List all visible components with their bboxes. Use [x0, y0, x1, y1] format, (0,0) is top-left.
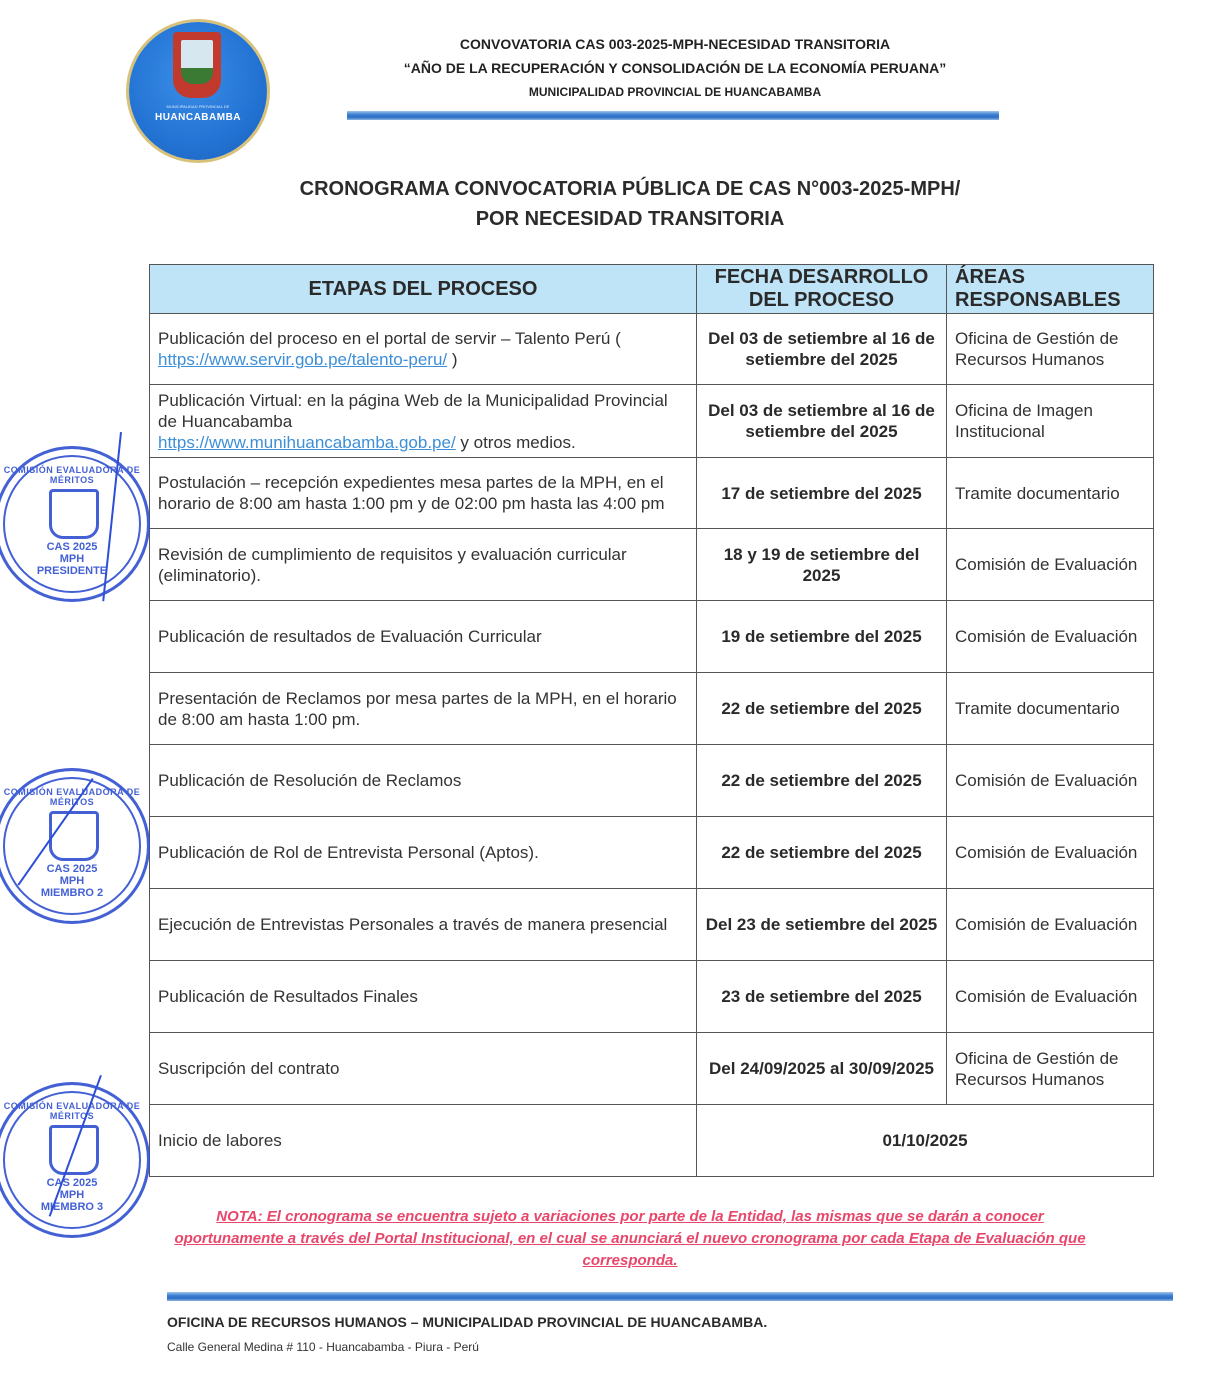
date-cell: Del 03 de setiembre al 16 de setiembre d…	[697, 385, 947, 458]
table-row: Inicio de labores 01/10/2025	[150, 1105, 1154, 1177]
stamp-line1: CAS 2025	[0, 863, 147, 875]
date-cell: Del 03 de setiembre al 16 de setiembre d…	[697, 314, 947, 385]
page-subtitle: POR NECESIDAD TRANSITORIA	[240, 208, 1020, 231]
column-header-date-line1: FECHA DESARROLLO	[715, 266, 929, 288]
date-cell: 22 de setiembre del 2025	[697, 673, 947, 745]
stamp-ring-text: COMISIÓN EVALUADORA DE MÉRITOS	[0, 465, 147, 485]
stamp-presidente: COMISIÓN EVALUADORA DE MÉRITOS CAS 2025 …	[0, 446, 150, 602]
schedule-table: ETAPAS DEL PROCESO FECHA DESARROLLO DEL …	[149, 264, 1154, 1177]
stage-cell: Inicio de labores	[150, 1105, 697, 1177]
stamp-emblem-icon	[49, 489, 99, 539]
column-header-areas-line1: ÁREAS	[955, 266, 1025, 288]
footer-address: Calle General Medina # 110 - Huancabamba…	[167, 1340, 479, 1354]
date-cell: 01/10/2025	[697, 1105, 1154, 1177]
servir-link[interactable]: https://www.servir.gob.pe/talento-peru/	[158, 350, 447, 369]
date-cell: Del 24/09/2025 al 30/09/2025	[697, 1033, 947, 1105]
area-cell: Comisión de Evaluación	[947, 889, 1154, 961]
footer-office: OFICINA DE RECURSOS HUMANOS – MUNICIPALI…	[167, 1314, 767, 1330]
table-row: Publicación del proceso en el portal de …	[150, 314, 1154, 385]
table-header-row: ETAPAS DEL PROCESO FECHA DESARROLLO DEL …	[150, 265, 1154, 314]
table-row: Publicación de Resolución de Reclamos 22…	[150, 745, 1154, 817]
column-header-stages: ETAPAS DEL PROCESO	[150, 265, 697, 314]
stage-cell: Postulación – recepción expedientes mesa…	[150, 458, 697, 529]
table-row: Publicación de resultados de Evaluación …	[150, 601, 1154, 673]
date-cell: 23 de setiembre del 2025	[697, 961, 947, 1033]
footer-divider	[167, 1292, 1173, 1301]
area-cell: Oficina de Gestión de Recursos Humanos	[947, 1033, 1154, 1105]
column-header-date-line2: DEL PROCESO	[749, 289, 894, 311]
table-row: Ejecución de Entrevistas Personales a tr…	[150, 889, 1154, 961]
area-cell: Oficina de Gestión de Recursos Humanos	[947, 314, 1154, 385]
table-row: Postulación – recepción expedientes mesa…	[150, 458, 1154, 529]
municipality-website-link[interactable]: https://www.munihuancabamba.gob.pe/	[158, 433, 456, 452]
stage-cell: Publicación de resultados de Evaluación …	[150, 601, 697, 673]
table-row: Suscripción del contrato Del 24/09/2025 …	[150, 1033, 1154, 1105]
municipality-name: MUNICIPALIDAD PROVINCIAL DE HUANCABAMBA	[345, 85, 1005, 99]
stamp-line3: PRESIDENTE	[0, 565, 147, 577]
stage-cell: Revisión de cumplimiento de requisitos y…	[150, 529, 697, 601]
stamp-line3: MIEMBRO 2	[0, 887, 147, 899]
stamp-line1: CAS 2025	[0, 1177, 147, 1189]
area-cell: Comisión de Evaluación	[947, 529, 1154, 601]
stage-text-after: y otros medios.	[456, 433, 576, 452]
schedule-note: NOTA: El cronograma se encuentra sujeto …	[170, 1206, 1090, 1272]
stamp-emblem-icon	[49, 811, 99, 861]
date-cell: 18 y 19 de setiembre del 2025	[697, 529, 947, 601]
stage-cell: Suscripción del contrato	[150, 1033, 697, 1105]
municipality-logo: MUNICIPALIDAD PROVINCIAL DE HUANCABAMBA	[129, 22, 267, 160]
area-cell: Comisión de Evaluación	[947, 817, 1154, 889]
stamp-line3: MIEMBRO 3	[0, 1201, 147, 1213]
stage-cell: Publicación del proceso en el portal de …	[150, 314, 697, 385]
date-cell: 22 de setiembre del 2025	[697, 745, 947, 817]
stamp-miembro-3: COMISIÓN EVALUADORA DE MÉRITOS CAS 2025 …	[0, 1082, 150, 1238]
stage-cell: Ejecución de Entrevistas Personales a tr…	[150, 889, 697, 961]
table-row: Revisión de cumplimiento de requisitos y…	[150, 529, 1154, 601]
area-cell: Oficina de Imagen Institucional	[947, 385, 1154, 458]
stamp-ring-text: COMISIÓN EVALUADORA DE MÉRITOS	[0, 1101, 147, 1121]
stamp-line2: MPH	[0, 553, 147, 565]
column-header-date: FECHA DESARROLLO DEL PROCESO	[697, 265, 947, 314]
date-cell: 19 de setiembre del 2025	[697, 601, 947, 673]
area-cell: Tramite documentario	[947, 673, 1154, 745]
coat-of-arms-icon	[173, 32, 221, 98]
area-cell: Tramite documentario	[947, 458, 1154, 529]
column-header-areas: ÁREAS RESPONSABLES	[947, 265, 1154, 314]
page-title: CRONOGRAMA CONVOCATORIA PÚBLICA DE CAS N…	[240, 178, 1020, 201]
year-motto: “AÑO DE LA RECUPERACIÓN Y CONSOLIDACIÓN …	[345, 60, 1005, 76]
date-cell: 22 de setiembre del 2025	[697, 817, 947, 889]
header-divider	[347, 111, 999, 120]
date-cell: 17 de setiembre del 2025	[697, 458, 947, 529]
logo-subtext: MUNICIPALIDAD PROVINCIAL DE	[129, 104, 267, 109]
stage-cell: Presentación de Reclamos por mesa partes…	[150, 673, 697, 745]
date-cell: Del 23 de setiembre del 2025	[697, 889, 947, 961]
stage-cell: Publicación de Rol de Entrevista Persona…	[150, 817, 697, 889]
area-cell: Comisión de Evaluación	[947, 961, 1154, 1033]
table-row: Presentación de Reclamos por mesa partes…	[150, 673, 1154, 745]
convocatoria-heading: CONVOVATORIA CAS 003-2025-MPH-NECESIDAD …	[345, 36, 1005, 52]
stage-text: Publicación del proceso en el portal de …	[158, 329, 621, 348]
stamp-miembro-2: COMISIÓN EVALUADORA DE MÉRITOS CAS 2025 …	[0, 768, 150, 924]
stamp-line2: MPH	[0, 1189, 147, 1201]
stage-cell: Publicación Virtual: en la página Web de…	[150, 385, 697, 458]
logo-text: HUANCABAMBA	[129, 112, 267, 123]
table-row: Publicación de Rol de Entrevista Persona…	[150, 817, 1154, 889]
stage-cell: Publicación de Resultados Finales	[150, 961, 697, 1033]
stamp-line1: CAS 2025	[0, 541, 147, 553]
table-row: Publicación de Resultados Finales 23 de …	[150, 961, 1154, 1033]
column-header-areas-line2: RESPONSABLES	[955, 289, 1121, 311]
area-cell: Comisión de Evaluación	[947, 745, 1154, 817]
stage-text: Publicación Virtual: en la página Web de…	[158, 391, 668, 431]
area-cell: Comisión de Evaluación	[947, 601, 1154, 673]
stage-cell: Publicación de Resolución de Reclamos	[150, 745, 697, 817]
stage-text-after: )	[447, 350, 457, 369]
table-row: Publicación Virtual: en la página Web de…	[150, 385, 1154, 458]
